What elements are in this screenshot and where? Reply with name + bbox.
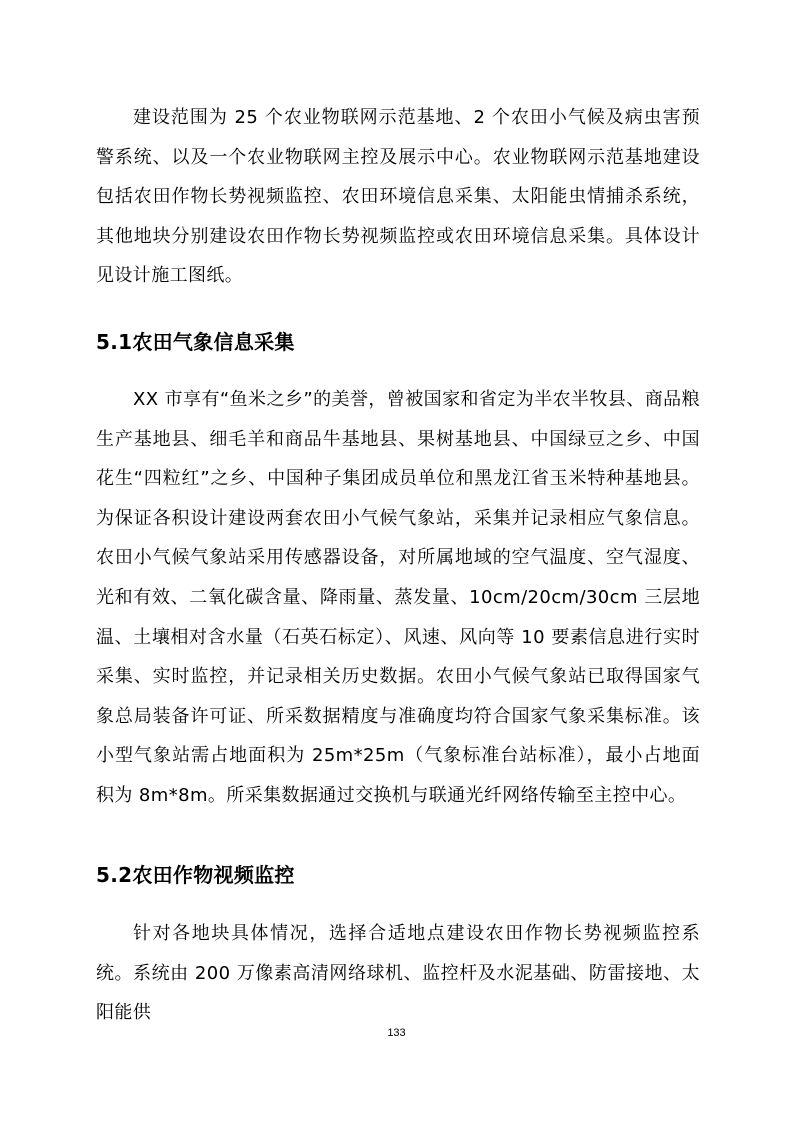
- page-number: 133: [0, 1027, 793, 1039]
- intro-paragraph: 建设范围为 25 个农业物联网示范基地、2 个农田小气候及病虫害预警系统、以及一…: [96, 98, 700, 296]
- section-heading-5-2: 5.2农田作物视频监控: [96, 860, 295, 890]
- section-heading-5-1: 5.1农田气象信息采集: [96, 327, 295, 357]
- section-5-1-paragraph: XX 市享有“鱼米之乡”的美誉，曾被国家和省定为半农半牧县、商品粮生产基地县、细…: [96, 380, 700, 816]
- section-5-2-paragraph: 针对各地块具体情况，选择合适地点建设农田作物长势视频监控系统。系统由 200 万…: [96, 914, 700, 1033]
